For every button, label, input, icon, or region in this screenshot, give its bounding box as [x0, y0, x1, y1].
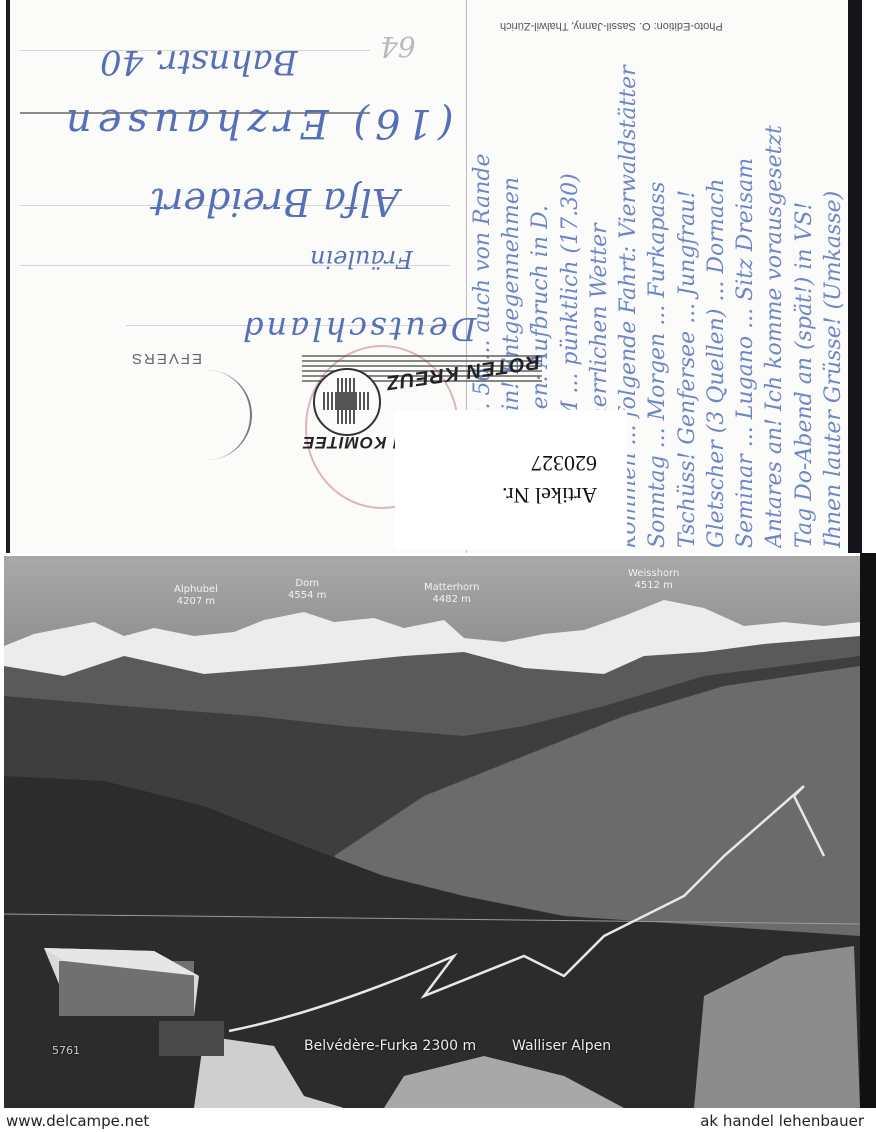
scan-border	[860, 553, 876, 1108]
footer-site-link[interactable]: www.delcampe.net	[6, 1112, 149, 1130]
footer-seller: ak handel lehenbauer	[700, 1112, 864, 1130]
peak-label: Dom 4554 m	[288, 578, 326, 602]
peak-name: Dom	[288, 578, 326, 590]
peak-height: 4482 m	[424, 594, 479, 606]
peak-height: 4554 m	[288, 590, 326, 602]
letter-line: Ihnen lauter Grüsse! (Umkasse)	[821, 8, 850, 548]
article-number: 620327	[531, 450, 597, 476]
mountain-landscape	[4, 556, 860, 1108]
address-street: Bahnstr. 40	[100, 42, 298, 82]
peak-label: Weisshorn 4512 m	[628, 568, 679, 592]
peak-height: 4207 m	[174, 596, 218, 608]
peak-label: Matterhorn 4482 m	[424, 582, 479, 606]
pencil-note: 64	[380, 30, 416, 63]
photo-caption-location: Belvédère-Furka 2300 m	[304, 1038, 476, 1054]
peak-name: Matterhorn	[424, 582, 479, 594]
postmark-fragment: EFVERS	[130, 350, 202, 367]
letter-line: Antares an! Ich komme vorausgesetzt	[762, 8, 791, 548]
article-label: Artikel Nr.	[502, 482, 597, 508]
address-city: (16) Erzhausen	[60, 100, 454, 146]
letter-line: Tschüss! Genfersee ... Jungfrau!	[675, 8, 704, 548]
address-name: Alfa Breidert	[150, 180, 399, 224]
peak-label: Alphubel 4207 m	[174, 584, 218, 608]
peak-name: Weisshorn	[628, 568, 679, 580]
peak-name: Alphubel	[174, 584, 218, 596]
address-salutation: Fräulein	[310, 245, 413, 273]
letter-line: Tag Do-Abend an (spät!) in VS!	[792, 8, 821, 548]
article-label-sticker: 620327 Artikel Nr.	[395, 410, 627, 550]
letter-line: Gletscher (3 Quellen) ... Dornach	[704, 8, 733, 548]
red-cross-icon	[313, 368, 381, 436]
letter-line: Sonntag ... Morgen ... Furkapass	[645, 8, 674, 548]
footer: www.delcampe.net ak handel lehenbauer	[0, 1110, 876, 1132]
photo-caption-region: Walliser Alpen	[512, 1038, 611, 1054]
letter-line: Seminar ... Lugano ... Sitz Dreisam	[733, 8, 762, 548]
address-country: Deutschland	[240, 310, 476, 348]
plate-number: 5761	[52, 1044, 80, 1057]
peak-height: 4512 m	[628, 580, 679, 592]
postcard-photo: Alphubel 4207 m Dom 4554 m Matterhorn 44…	[4, 556, 860, 1108]
